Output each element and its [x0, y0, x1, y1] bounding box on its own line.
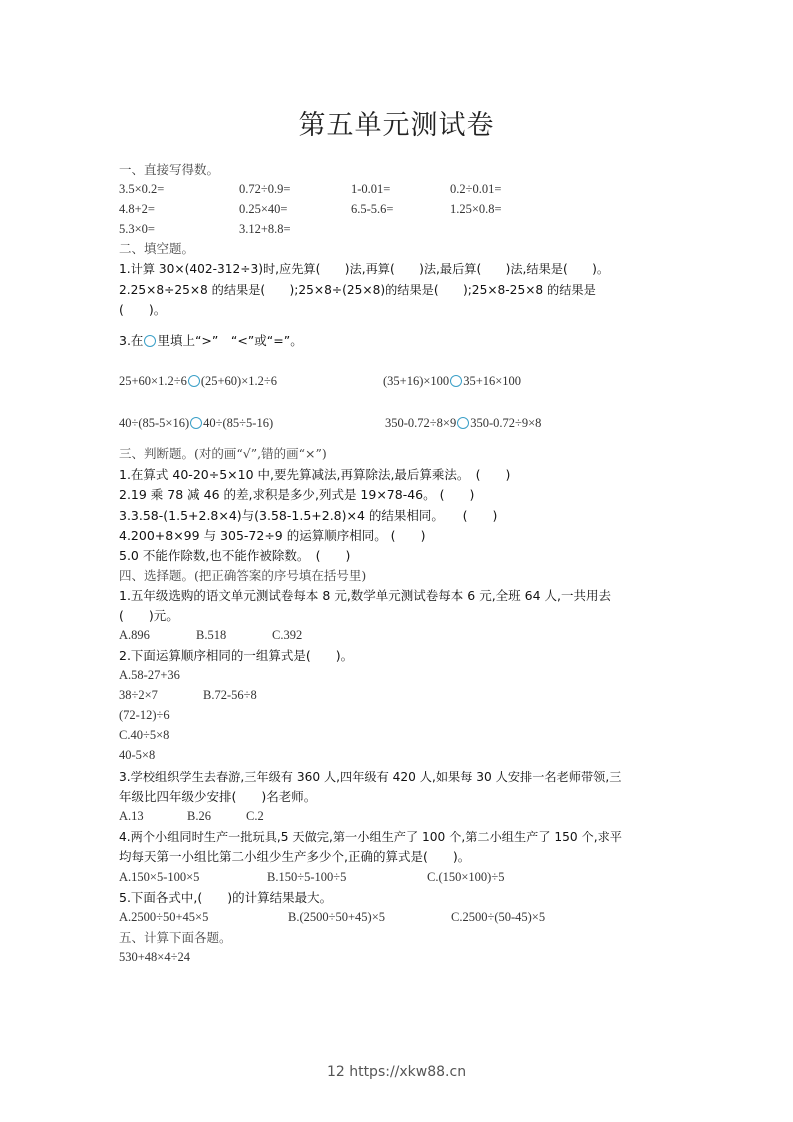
option-c: C.392	[272, 628, 302, 643]
judge-item: 3.3.58-(1.5+2.8×4)与(3.58-1.5+2.8)×4 的结果相…	[119, 508, 497, 524]
section5-heading: 五、计算下面各题。	[119, 930, 232, 946]
option-line: (72-12)÷6	[119, 708, 170, 723]
q3-prefix: 3.在	[119, 333, 143, 348]
compare-item: 350-0.72÷8×9350-0.72÷9×8	[385, 416, 541, 431]
option-line: 40-5×8	[119, 748, 155, 763]
calc-item: 1-0.01=	[351, 182, 390, 197]
option-line: C.40÷5×8	[119, 728, 169, 743]
calc-item: 0.25×40=	[239, 202, 287, 217]
document-page: 第五单元测试卷 一、直接写得数。 3.5×0.2= 0.72÷0.9= 1-0.…	[0, 0, 793, 1122]
page-footer: 12 https://xkw88.cn	[0, 1064, 793, 1080]
choice-question-3: 3.学校组织学生去春游,三年级有 360 人,四年级有 420 人,如果每 30…	[119, 769, 621, 785]
page-title: 第五单元测试卷	[0, 103, 793, 142]
judge-item: 2.19 乘 78 减 46 的差,求积是多少,列式是 19×78-46。 ( …	[119, 487, 474, 503]
option-a: A.896	[119, 628, 150, 643]
q3-suffix: 里填上“>” “<”或“=”。	[157, 333, 302, 348]
answer-circle[interactable]	[188, 375, 200, 387]
choice-question-2: 2.下面运算顺序相同的一组算式是( )。	[119, 648, 353, 664]
section3-heading: 三、判断题。(对的画“√”,错的画“×”)	[119, 446, 327, 462]
choice-question-1: 1.五年级选购的语文单元测试卷每本 8 元,数学单元测试卷每本 6 元,全班 6…	[119, 588, 611, 604]
calc-item: 0.72÷0.9=	[239, 182, 290, 197]
answer-circle[interactable]	[190, 417, 202, 429]
calc-item: 0.2÷0.01=	[450, 182, 501, 197]
option-c: C.2500÷(50-45)×5	[451, 910, 545, 925]
option-a: A.13	[119, 809, 144, 824]
calc-item: 3.5×0.2=	[119, 182, 164, 197]
answer-circle[interactable]	[457, 417, 469, 429]
fill-question-2-cont: ( )。	[119, 302, 166, 318]
fill-question-1: 1.计算 30×(402-312÷3)时,应先算( )法,再算( )法,最后算(…	[119, 261, 609, 277]
option-b: B.150÷5-100÷5	[267, 870, 346, 885]
option-line: 38÷2×7	[119, 688, 158, 703]
choice-question-4-cont: 均每天第一小组比第二小组少生产多少个,正确的算式是( )。	[119, 849, 470, 865]
calc-item: 5.3×0=	[119, 222, 155, 237]
judge-item: 1.在算式 40-20÷5×10 中,要先算减法,再算除法,最后算乘法。 ( )	[119, 467, 510, 483]
option-line: B.72-56÷8	[203, 688, 257, 703]
judge-item: 4.200+8×99 与 305-72÷9 的运算顺序相同。 ( )	[119, 528, 425, 544]
option-b: B.518	[196, 628, 226, 643]
option-b: B.26	[187, 809, 211, 824]
option-c: C.2	[246, 809, 264, 824]
calc-item: 1.25×0.8=	[450, 202, 502, 217]
option-a: A.150×5-100×5	[119, 870, 199, 885]
answer-circle[interactable]	[450, 375, 462, 387]
section4-heading: 四、选择题。(把正确答案的序号填在括号里)	[119, 568, 366, 584]
section2-heading: 二、填空题。	[119, 241, 194, 257]
compare-item: 40÷(85-5×16)40÷(85÷5-16)	[119, 416, 273, 431]
choice-question-5: 5.下面各式中,( )的计算结果最大。	[119, 890, 332, 906]
calc-problem: 530+48×4÷24	[119, 950, 190, 965]
choice-question-3-cont: 年级比四年级少安排( )名老师。	[119, 789, 316, 805]
fill-question-3: 3.在里填上“>” “<”或“=”。	[119, 333, 303, 349]
compare-item: (35+16)×10035+16×100	[383, 374, 521, 389]
option-a: A.2500÷50+45×5	[119, 910, 208, 925]
section1-heading: 一、直接写得数。	[119, 162, 219, 178]
choice-question-1-cont: ( )元。	[119, 608, 179, 624]
judge-item: 5.0 不能作除数,也不能作被除数。 ( )	[119, 548, 350, 564]
option-line: A.58-27+36	[119, 668, 180, 683]
calc-item: 3.12+8.8=	[239, 222, 291, 237]
compare-item: 25+60×1.2÷6(25+60)×1.2÷6	[119, 374, 277, 389]
calc-item: 4.8+2=	[119, 202, 155, 217]
option-c: C.(150×100)÷5	[427, 870, 504, 885]
fill-question-2: 2.25×8÷25×8 的结果是( );25×8÷(25×8)的结果是( );2…	[119, 282, 596, 298]
calc-item: 6.5-5.6=	[351, 202, 393, 217]
circle-icon	[144, 335, 156, 347]
option-b: B.(2500÷50+45)×5	[288, 910, 385, 925]
choice-question-4: 4.两个小组同时生产一批玩具,5 天做完,第一小组生产了 100 个,第二小组生…	[119, 829, 622, 845]
